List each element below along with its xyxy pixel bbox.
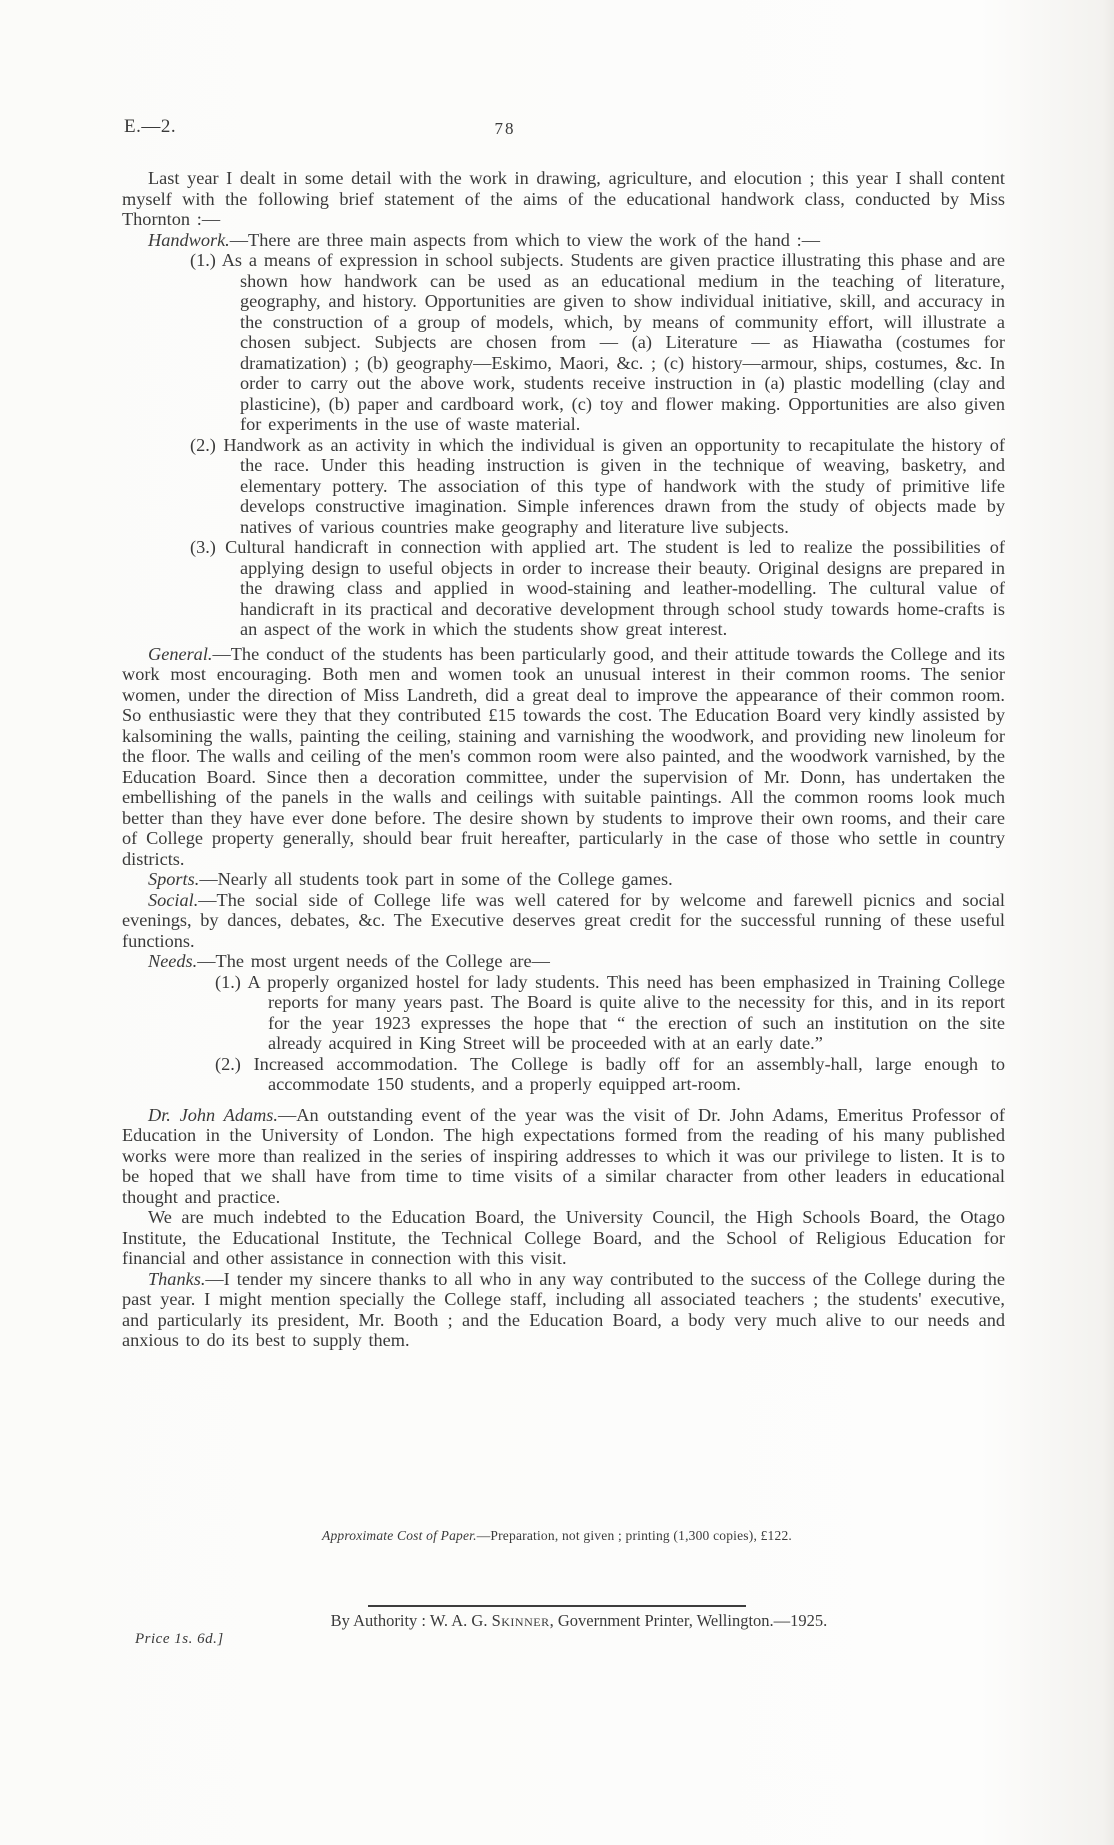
list-item-handwork-1: (1.) As a means of expression in school … [122,250,1005,435]
report-code: E.—2. [124,116,176,138]
paragraph-needs: Needs.—The most urgent needs of the Coll… [122,951,1005,972]
paragraph-general: General.—The conduct of the students has… [122,644,1005,870]
list-item-number: (2.) [215,1054,241,1074]
footer-rule [368,1605,746,1607]
paragraph-lead: Handwork. [148,230,230,250]
list-item-needs-2: (2.) Increased accommodation. The Colleg… [122,1054,1005,1095]
paragraph-lead: Thanks. [148,1269,205,1289]
paragraph-lead: Social. [148,890,198,910]
list-item-text: Increased accommodation. The College is … [254,1054,1005,1095]
list-item-needs-1: (1.) A properly organized hostel for lad… [122,972,1005,1054]
list-item-text: Cultural handicraft in connection with a… [225,537,1005,639]
list-item-handwork-2: (2.) Handwork as an activity in which th… [122,435,1005,538]
paragraph-dr-john-adams: Dr. John Adams.—An outstanding event of … [122,1105,1005,1208]
paragraph-lead: Dr. John Adams. [148,1105,278,1125]
paragraph-social: Social.—The social side of College life … [122,890,1005,952]
authority-prefix: By Authority : W. A. G. [331,1611,492,1630]
paragraph-sports: Sports.—Nearly all students took part in… [122,869,1005,890]
list-item-text: As a means of expression in school subje… [222,250,1005,434]
paragraph-lead: Sports. [148,869,199,889]
paragraph-text: —Nearly all students took part in some o… [199,869,672,889]
printer-name: Skinner [492,1611,550,1630]
paragraph-text: —The conduct of the students has been pa… [122,644,1005,869]
footer-authority-line: By Authority : W. A. G. Skinner, Governm… [22,1611,1114,1631]
list-item-handwork-3: (3.) Cultural handicraft in connection w… [122,537,1005,640]
paragraph-indebted: We are much indebted to the Education Bo… [122,1207,1005,1269]
page-number: 78 [445,119,565,139]
footer-cost-text: —Preparation, not given ; printing (1,30… [477,1528,792,1543]
footer-price: Price 1s. 6d.] [135,1631,224,1648]
needs-list: (1.) A properly organized hostel for lad… [122,972,1005,1095]
list-item-text: A properly organized hostel for lady stu… [247,972,1005,1054]
list-item-number: (1.) [215,972,241,992]
list-item-number: (1.) [190,250,216,270]
paragraph-text: —I tender my sincere thanks to all who i… [122,1269,1005,1351]
paragraph-lead: General. [148,644,212,664]
document-body: Last year I dealt in some detail with th… [122,168,1005,1351]
paragraph-lead: Needs. [148,951,197,971]
paragraph-text: —There are three main aspects from which… [230,230,820,250]
footer-cost-lead: Approximate Cost of Paper. [322,1528,477,1543]
document-page: E.—2. 78 Last year I dealt in some detai… [0,0,1114,1845]
paragraph-handwork: Handwork.—There are three main aspects f… [122,230,1005,251]
paragraph-text: —The most urgent needs of the College ar… [197,951,550,971]
list-item-number: (2.) [190,435,216,455]
list-item-number: (3.) [190,537,216,557]
paragraph-intro: Last year I dealt in some detail with th… [122,168,1005,230]
footer-cost-note: Approximate Cost of Paper.—Preparation, … [0,1528,1114,1544]
handwork-list: (1.) As a means of expression in school … [122,250,1005,640]
paragraph-thanks: Thanks.—I tender my sincere thanks to al… [122,1269,1005,1351]
list-item-text: Handwork as an activity in which the ind… [223,435,1005,537]
paragraph-text: —The social side of College life was wel… [122,890,1005,951]
authority-suffix: , Government Printer, Wellington.—1925. [550,1611,828,1630]
